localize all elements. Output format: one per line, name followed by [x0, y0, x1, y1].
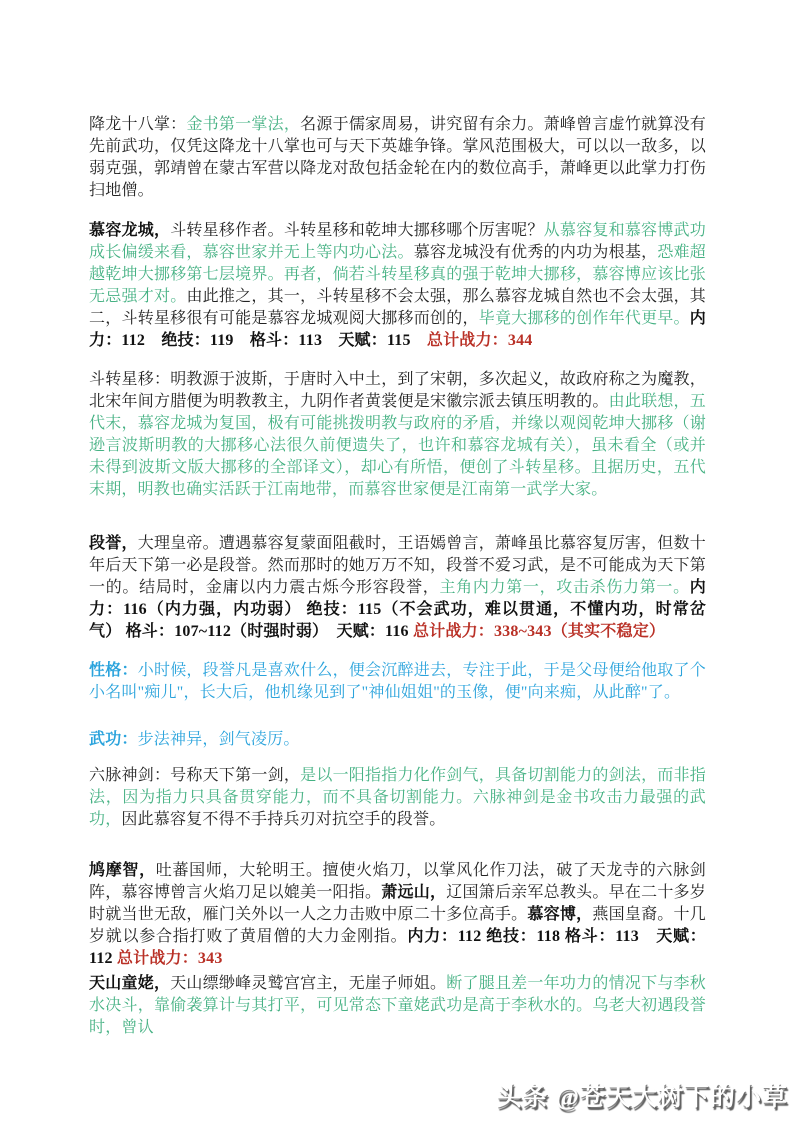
- text-segment: 萧远山，: [381, 884, 446, 901]
- text-segment: 慕容龙城没有优秀的内功为根基，: [414, 244, 658, 261]
- paragraph-xingge: 性格：小时候，段誉凡是喜欢什么，便会沉醉进去，专注于此，于是父母便给他取了个小名…: [89, 660, 706, 704]
- text-segment: 步法神异，剑气凌厉。: [138, 731, 300, 748]
- text-segment: 段誉，: [89, 535, 138, 552]
- paragraph-tianshan-tonglao: 天山童姥，天山缥缈峰灵鹫宫宫主，无崖子师姐。断了腿且差一年功力的情况下与李秋水决…: [89, 973, 706, 1039]
- paragraph-murong-longcheng: 慕容龙城，斗转星移作者。斗转星移和乾坤大挪移哪个厉害呢？从慕容复和慕容博武功成长…: [89, 220, 706, 352]
- text-segment: 金书第一掌法，: [186, 116, 300, 133]
- paragraph-wugong: 武功：步法神异，剑气凌厉。: [89, 729, 706, 751]
- paragraph-jiumozhi: 鸠摩智，吐蕃国师，大轮明王。擅使火焰刀，以掌风化作刀法，破了天龙寺的六脉剑阵，慕…: [89, 860, 706, 970]
- watermark: 头条 @苍天大树下的小草: [496, 1077, 788, 1113]
- text-segment: 武功：: [89, 731, 138, 748]
- text-segment: 毕竟大挪移的创作年代更早。: [479, 310, 690, 327]
- text-segment: 小时候，段誉凡是喜欢什么，便会沉醉进去，专注于此，于是父母便给他取了个小名叫"痴…: [89, 662, 706, 701]
- text-segment: 主角内力第一，攻击杀伤力第一。: [439, 579, 689, 596]
- text-segment: 天山缥缈峰灵鹫宫宫主，无崖子师姐。: [170, 975, 446, 992]
- document-page: 降龙十八掌：金书第一掌法，名源于儒家周易，讲究留有余力。萧峰曾言虚竹就算没有先前…: [0, 0, 794, 1123]
- text-segment: 天山童姥，: [89, 975, 170, 992]
- text-segment: 因此慕容复不得不手持兵刃对抗空手的段誉。: [121, 811, 445, 828]
- text-segment: 慕容龙城，: [89, 222, 170, 239]
- text-segment: 总计战力：338~343（其实不稳定）: [413, 623, 665, 640]
- paragraph-duanyu: 段誉，大理皇帝。遭遇慕容复蒙面阻截时，王语嫣曾言，萧峰虽比慕容复厉害，但数十年后…: [89, 533, 706, 643]
- text-segment: 总计战力：343: [117, 950, 223, 967]
- text-segment: 性格：: [89, 662, 138, 679]
- text-segment: 六脉神剑：号称天下第一剑，: [89, 767, 300, 784]
- text-segment: 降龙十八掌：: [89, 116, 186, 133]
- text-segment: 鸠摩智，: [89, 862, 156, 879]
- paragraph-douzhuanxingyi: 斗转星移：明教源于波斯，于唐时入中土，到了宋朝，多次起义，故政府称之为魔教，北宋…: [89, 369, 706, 501]
- text-segment: 总计战力：344: [427, 332, 533, 349]
- text-segment: 斗转星移作者。斗转星移和乾坤大挪移哪个厉害呢？: [170, 222, 543, 239]
- paragraph-xianglong-palms: 降龙十八掌：金书第一掌法，名源于儒家周易，讲究留有余力。萧峰曾言虚竹就算没有先前…: [89, 114, 706, 202]
- paragraph-liumai-shenjian: 六脉神剑：号称天下第一剑，是以一阳指指力化作剑气，具备切割能力的剑法，而非指法，…: [89, 765, 706, 831]
- text-segment: 慕容博，: [527, 906, 592, 923]
